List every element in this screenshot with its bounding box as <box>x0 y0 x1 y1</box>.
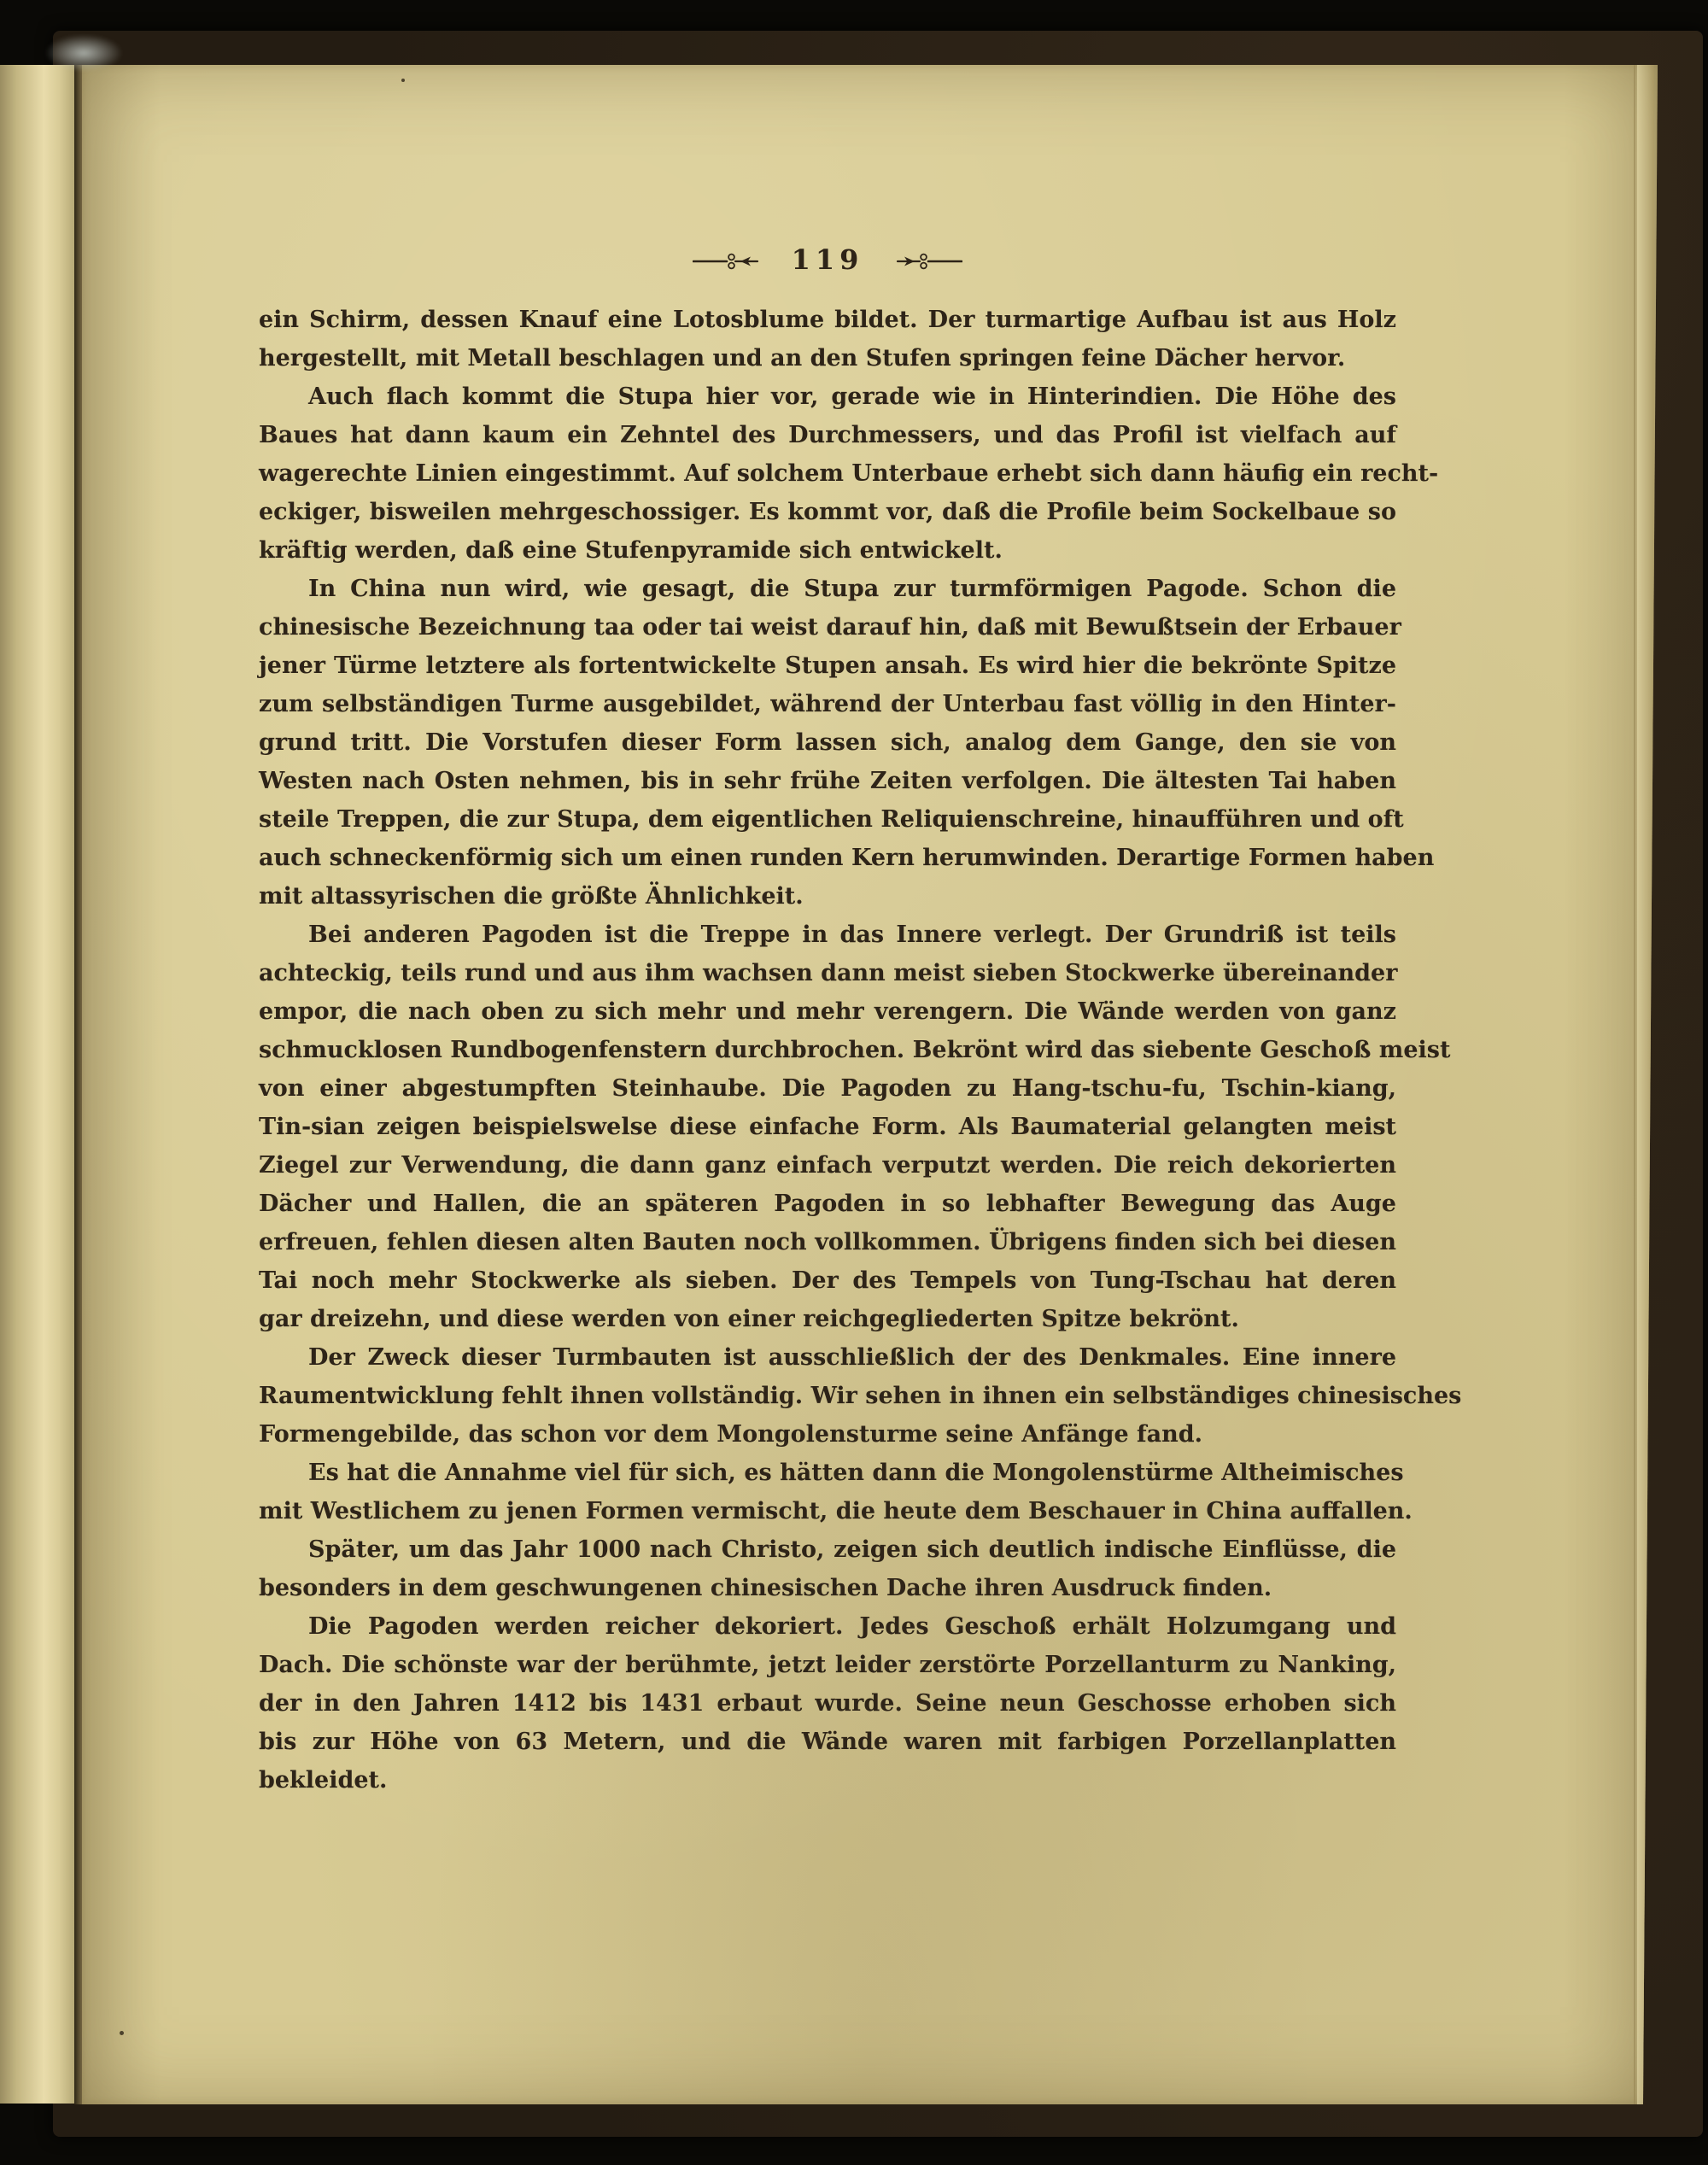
text-line: auch schneckenförmig sich um einen runde… <box>259 839 1396 877</box>
text-line: Westen nach Osten nehmen, bis in sehr fr… <box>259 762 1396 800</box>
gutter-shadow <box>74 65 83 2104</box>
dust-fuzz <box>44 34 123 72</box>
page-number: 119 <box>792 246 864 273</box>
page-stack-edge-line <box>1634 65 1635 2104</box>
text-line: Tin-sian zeigen beispielswelse diese ein… <box>259 1108 1396 1146</box>
paragraph: Bei anderen Pagoden ist die Treppe in da… <box>259 916 1396 1338</box>
paragraph: Der Zweck dieser Turmbauten ist ausschli… <box>259 1338 1396 1454</box>
text-line: Dächer und Hallen, die an späteren Pagod… <box>259 1185 1396 1223</box>
text-line: Es hat die Annahme viel für sich, es hät… <box>259 1454 1396 1492</box>
text-line: jener Türme letztere als fortentwickelte… <box>259 647 1396 685</box>
text-line: Tai noch mehr Stockwerke als sieben. Der… <box>259 1261 1396 1300</box>
text-line: Der Zweck dieser Turmbauten ist ausschli… <box>259 1338 1396 1377</box>
page-header: 119 <box>259 243 1396 280</box>
text-line: Formengebilde, das schon vor dem Mongole… <box>259 1415 1396 1454</box>
text-line: Bei anderen Pagoden ist die Treppe in da… <box>259 916 1396 954</box>
text-line: empor, die nach oben zu sich mehr und me… <box>259 992 1396 1031</box>
text-line: Dach. Die schönste war der berühmte, jet… <box>259 1646 1396 1684</box>
text-line: chinesische Bezeichnung taa oder tai wei… <box>259 608 1396 647</box>
text-line: der in den Jahren 1412 bis 1431 erbaut w… <box>259 1684 1396 1723</box>
paper-speck <box>401 79 405 82</box>
text-line: bis zur Höhe von 63 Metern, und die Wänd… <box>259 1723 1396 1761</box>
text-line: mit altassyrischen die größte Ähnlichkei… <box>259 877 1396 916</box>
text-line: Raumentwicklung fehlt ihnen vollständig.… <box>259 1377 1396 1415</box>
text-line: bekleidet. <box>259 1761 1396 1799</box>
paper-speck <box>120 2031 124 2035</box>
opposite-page-edge <box>0 65 76 2104</box>
text-line: kräftig werden, daß eine Stufenpyramide … <box>259 531 1396 570</box>
text-line: von einer abgestumpften Steinhaube. Die … <box>259 1069 1396 1108</box>
paragraph: Die Pagoden werden reicher dekoriert. Je… <box>259 1607 1396 1799</box>
text-block: ein Schirm, dessen Knauf eine Lotosblume… <box>259 301 1396 1799</box>
paragraph: ein Schirm, dessen Knauf eine Lotosblume… <box>259 301 1396 377</box>
scanned-book-photo: { "document": { "page_number": "119", "o… <box>0 0 1708 2165</box>
text-line: grund tritt. Die Vorstufen dieser Form l… <box>259 723 1396 762</box>
text-line: eckiger, bisweilen mehrgeschossiger. Es … <box>259 493 1396 531</box>
text-line: hergestellt, mit Metall beschlagen und a… <box>259 339 1396 377</box>
text-line: besonders in dem geschwungenen chinesisc… <box>259 1569 1396 1607</box>
paragraph: In China nun wird, wie gesagt, die Stupa… <box>259 570 1396 916</box>
text-line: gar dreizehn, und diese werden von einer… <box>259 1300 1396 1338</box>
text-line: erfreuen, fehlen diesen alten Bauten noc… <box>259 1223 1396 1261</box>
paragraph: Auch flach kommt die Stupa hier vor, ger… <box>259 377 1396 570</box>
text-line: Die Pagoden werden reicher dekoriert. Je… <box>259 1607 1396 1646</box>
paragraph: Es hat die Annahme viel für sich, es hät… <box>259 1454 1396 1530</box>
text-line: achteckig, teils rund und aus ihm wachse… <box>259 954 1396 992</box>
text-line: Ziegel zur Verwendung, die dann ganz ein… <box>259 1146 1396 1185</box>
fleuron-divider-icon <box>693 251 759 272</box>
paragraph: Später, um das Jahr 1000 nach Christo, z… <box>259 1530 1396 1607</box>
text-line: wagerechte Linien eingestimmt. Auf solch… <box>259 454 1396 493</box>
text-line: Später, um das Jahr 1000 nach Christo, z… <box>259 1530 1396 1569</box>
text-line: In China nun wird, wie gesagt, die Stupa… <box>259 570 1396 608</box>
text-line: schmucklosen Rundbogenfenstern durchbroc… <box>259 1031 1396 1069</box>
text-line: ein Schirm, dessen Knauf eine Lotosblume… <box>259 301 1396 339</box>
text-line: zum selbständigen Turme ausgebildet, wäh… <box>259 685 1396 723</box>
text-line: mit Westlichem zu jenen Formen vermischt… <box>259 1492 1396 1530</box>
text-line: Auch flach kommt die Stupa hier vor, ger… <box>259 377 1396 416</box>
text-line: Baues hat dann kaum ein Zehntel des Durc… <box>259 416 1396 454</box>
fleuron-divider-icon <box>896 251 962 272</box>
text-line: steile Treppen, die zur Stupa, dem eigen… <box>259 800 1396 839</box>
